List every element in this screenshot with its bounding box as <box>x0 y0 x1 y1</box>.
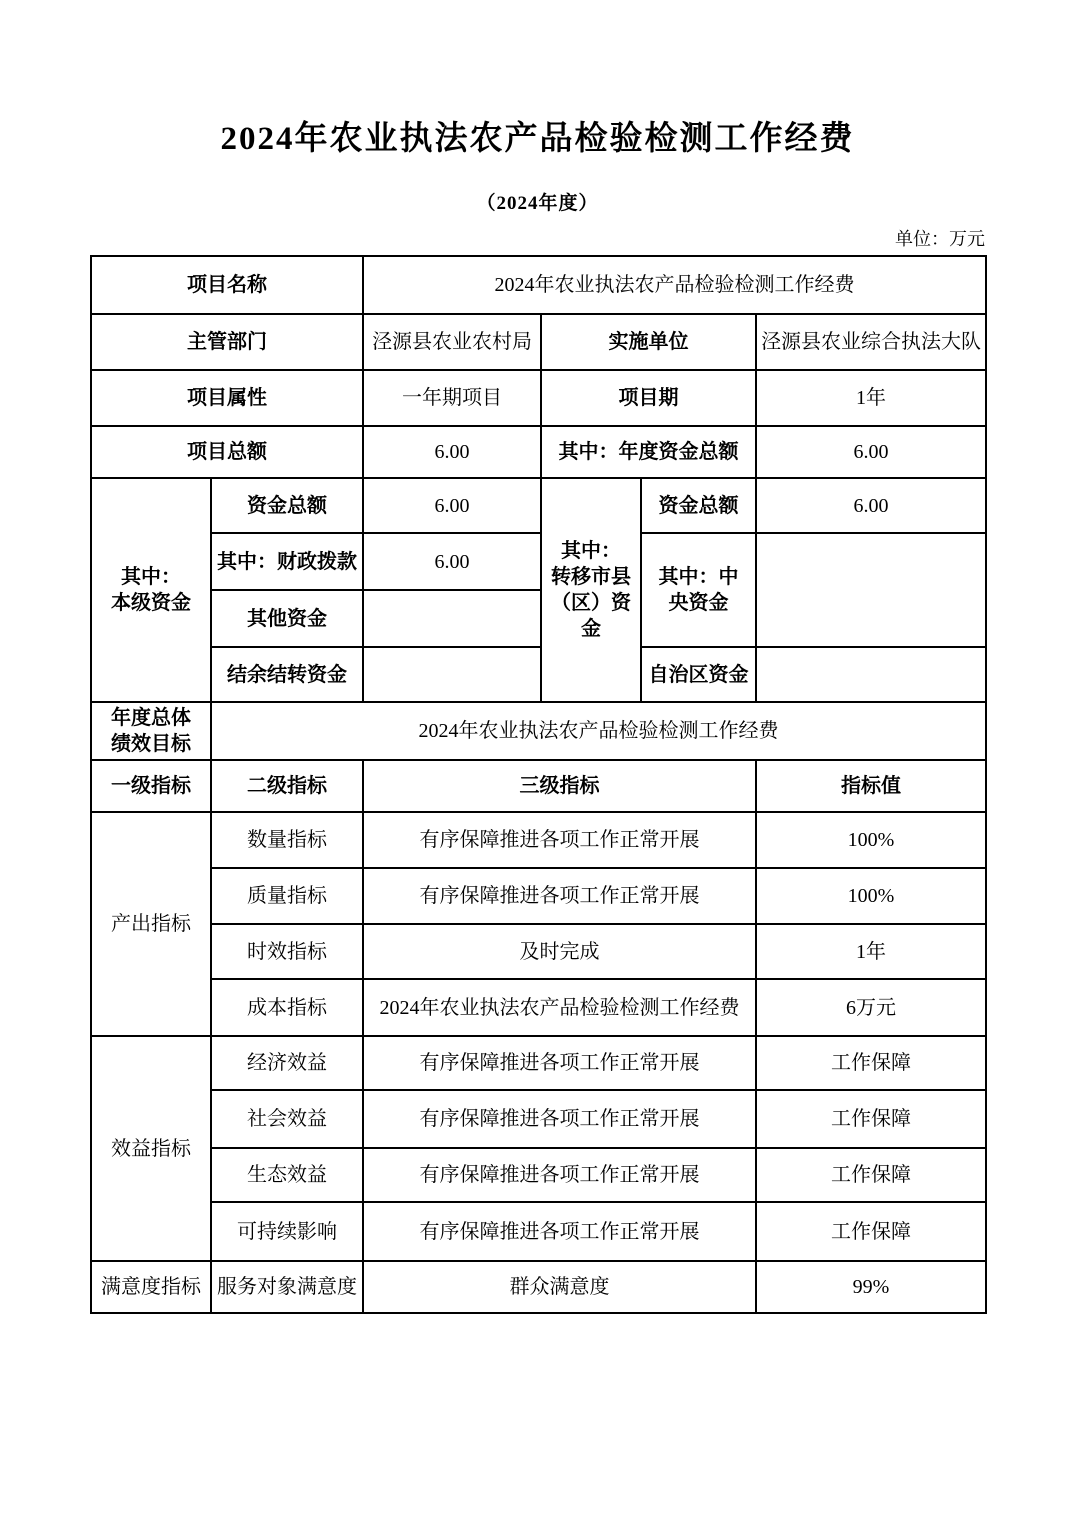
benefit-1-level2-cell: 经济效益 <box>211 1036 363 1090</box>
page-title: 2024年农业执法农产品检验检测工作经费 <box>0 118 1075 160</box>
output-1-level3-cell: 有序保障推进各项工作正常开展 <box>363 812 756 868</box>
satisfaction-level2-cell: 服务对象满意度 <box>211 1261 363 1313</box>
period-value-cell: 1年 <box>756 370 986 426</box>
local-funds-group-cell: 其中： 本级资金 <box>91 478 211 702</box>
output-1-value-cell: 100% <box>756 812 986 868</box>
benefit-group-cell: 效益指标 <box>91 1036 211 1261</box>
row-project-name: 项目名称 2024年农业执法农产品检验检测工作经费 <box>91 256 986 314</box>
central-funds-value-cell <box>756 533 986 647</box>
output-2-level3-cell: 有序保障推进各项工作正常开展 <box>363 868 756 924</box>
output-2-level2-cell: 质量指标 <box>211 868 363 924</box>
other-funds-label-cell: 其他资金 <box>211 590 363 647</box>
satisfaction-value-cell: 99% <box>756 1261 986 1313</box>
satisfaction-group-cell: 满意度指标 <box>91 1261 211 1313</box>
row-benefit-2: 社会效益 有序保障推进各项工作正常开展 工作保障 <box>91 1090 986 1148</box>
central-funds-label-cell: 其中：中 央资金 <box>641 533 756 647</box>
output-4-value-cell: 6万元 <box>756 979 986 1036</box>
row-funds-4: 结余结转资金 自治区资金 <box>91 647 986 702</box>
output-2-value-cell: 100% <box>756 868 986 924</box>
transfer-total-label-cell: 资金总额 <box>641 478 756 533</box>
document-page: 2024年农业执法农产品检验检测工作经费 （2024年度） 单位：万元 项目名称… <box>0 0 1075 1519</box>
row-indicator-header: 一级指标 二级指标 三级指标 指标值 <box>91 760 986 812</box>
row-department: 主管部门 泾源县农业农村局 实施单位 泾源县农业综合执法大队 <box>91 314 986 370</box>
annual-total-label-cell: 其中：年度资金总额 <box>541 426 756 478</box>
row-satisfaction: 满意度指标 服务对象满意度 群众满意度 99% <box>91 1261 986 1313</box>
local-total-label-cell: 资金总额 <box>211 478 363 533</box>
benefit-1-level3-cell: 有序保障推进各项工作正常开展 <box>363 1036 756 1090</box>
annual-goal-label-cell: 年度总体 绩效目标 <box>91 702 211 760</box>
row-funds-2: 其中：财政拨款 6.00 其中：中 央资金 <box>91 533 986 590</box>
fiscal-allocation-value-cell: 6.00 <box>363 533 541 590</box>
header-level3-cell: 三级指标 <box>363 760 756 812</box>
implementer-value-cell: 泾源县农业综合执法大队 <box>756 314 986 370</box>
header-level2-cell: 二级指标 <box>211 760 363 812</box>
row-attribute: 项目属性 一年期项目 项目期 1年 <box>91 370 986 426</box>
unit-note: 单位：万元 <box>90 228 985 250</box>
row-benefit-3: 生态效益 有序保障推进各项工作正常开展 工作保障 <box>91 1148 986 1202</box>
output-3-level3-cell: 及时完成 <box>363 924 756 979</box>
row-funds-1: 其中： 本级资金 资金总额 6.00 其中： 转移市县 （区）资 金 资金总额 … <box>91 478 986 533</box>
performance-table: 项目名称 2024年农业执法农产品检验检测工作经费 主管部门 泾源县农业农村局 … <box>90 255 987 1314</box>
row-output-1: 产出指标 数量指标 有序保障推进各项工作正常开展 100% <box>91 812 986 868</box>
benefit-2-value-cell: 工作保障 <box>756 1090 986 1148</box>
output-4-level3-cell: 2024年农业执法农产品检验检测工作经费 <box>363 979 756 1036</box>
header-value-cell: 指标值 <box>756 760 986 812</box>
transfer-total-value-cell: 6.00 <box>756 478 986 533</box>
output-3-value-cell: 1年 <box>756 924 986 979</box>
row-annual-goal: 年度总体 绩效目标 2024年农业执法农产品检验检测工作经费 <box>91 702 986 760</box>
row-output-4: 成本指标 2024年农业执法农产品检验检测工作经费 6万元 <box>91 979 986 1036</box>
other-funds-value-cell <box>363 590 541 647</box>
carryover-funds-value-cell <box>363 647 541 702</box>
row-output-3: 时效指标 及时完成 1年 <box>91 924 986 979</box>
department-value-cell: 泾源县农业农村局 <box>363 314 541 370</box>
attribute-label-cell: 项目属性 <box>91 370 363 426</box>
project-name-value-cell: 2024年农业执法农产品检验检测工作经费 <box>363 256 986 314</box>
benefit-3-level2-cell: 生态效益 <box>211 1148 363 1202</box>
benefit-3-value-cell: 工作保障 <box>756 1148 986 1202</box>
annual-total-value-cell: 6.00 <box>756 426 986 478</box>
satisfaction-level3-cell: 群众满意度 <box>363 1261 756 1313</box>
implementer-label-cell: 实施单位 <box>541 314 756 370</box>
benefit-4-level2-cell: 可持续影响 <box>211 1202 363 1261</box>
row-benefit-4: 可持续影响 有序保障推进各项工作正常开展 工作保障 <box>91 1202 986 1261</box>
benefit-4-level3-cell: 有序保障推进各项工作正常开展 <box>363 1202 756 1261</box>
total-label-cell: 项目总额 <box>91 426 363 478</box>
output-3-level2-cell: 时效指标 <box>211 924 363 979</box>
transfer-funds-group-cell: 其中： 转移市县 （区）资 金 <box>541 478 641 702</box>
output-1-level2-cell: 数量指标 <box>211 812 363 868</box>
benefit-1-value-cell: 工作保障 <box>756 1036 986 1090</box>
output-group-cell: 产出指标 <box>91 812 211 1036</box>
fiscal-allocation-label-cell: 其中：财政拨款 <box>211 533 363 590</box>
benefit-2-level2-cell: 社会效益 <box>211 1090 363 1148</box>
annual-goal-value-cell: 2024年农业执法农产品检验检测工作经费 <box>211 702 986 760</box>
row-output-2: 质量指标 有序保障推进各项工作正常开展 100% <box>91 868 986 924</box>
benefit-4-value-cell: 工作保障 <box>756 1202 986 1261</box>
output-4-level2-cell: 成本指标 <box>211 979 363 1036</box>
department-label-cell: 主管部门 <box>91 314 363 370</box>
header-level1-cell: 一级指标 <box>91 760 211 812</box>
period-label-cell: 项目期 <box>541 370 756 426</box>
attribute-value-cell: 一年期项目 <box>363 370 541 426</box>
benefit-3-level3-cell: 有序保障推进各项工作正常开展 <box>363 1148 756 1202</box>
regional-funds-label-cell: 自治区资金 <box>641 647 756 702</box>
carryover-funds-label-cell: 结余结转资金 <box>211 647 363 702</box>
row-benefit-1: 效益指标 经济效益 有序保障推进各项工作正常开展 工作保障 <box>91 1036 986 1090</box>
project-name-label-cell: 项目名称 <box>91 256 363 314</box>
total-value-cell: 6.00 <box>363 426 541 478</box>
local-total-value-cell: 6.00 <box>363 478 541 533</box>
benefit-2-level3-cell: 有序保障推进各项工作正常开展 <box>363 1090 756 1148</box>
regional-funds-value-cell <box>756 647 986 702</box>
page-subtitle: （2024年度） <box>0 192 1075 216</box>
row-total: 项目总额 6.00 其中：年度资金总额 6.00 <box>91 426 986 478</box>
